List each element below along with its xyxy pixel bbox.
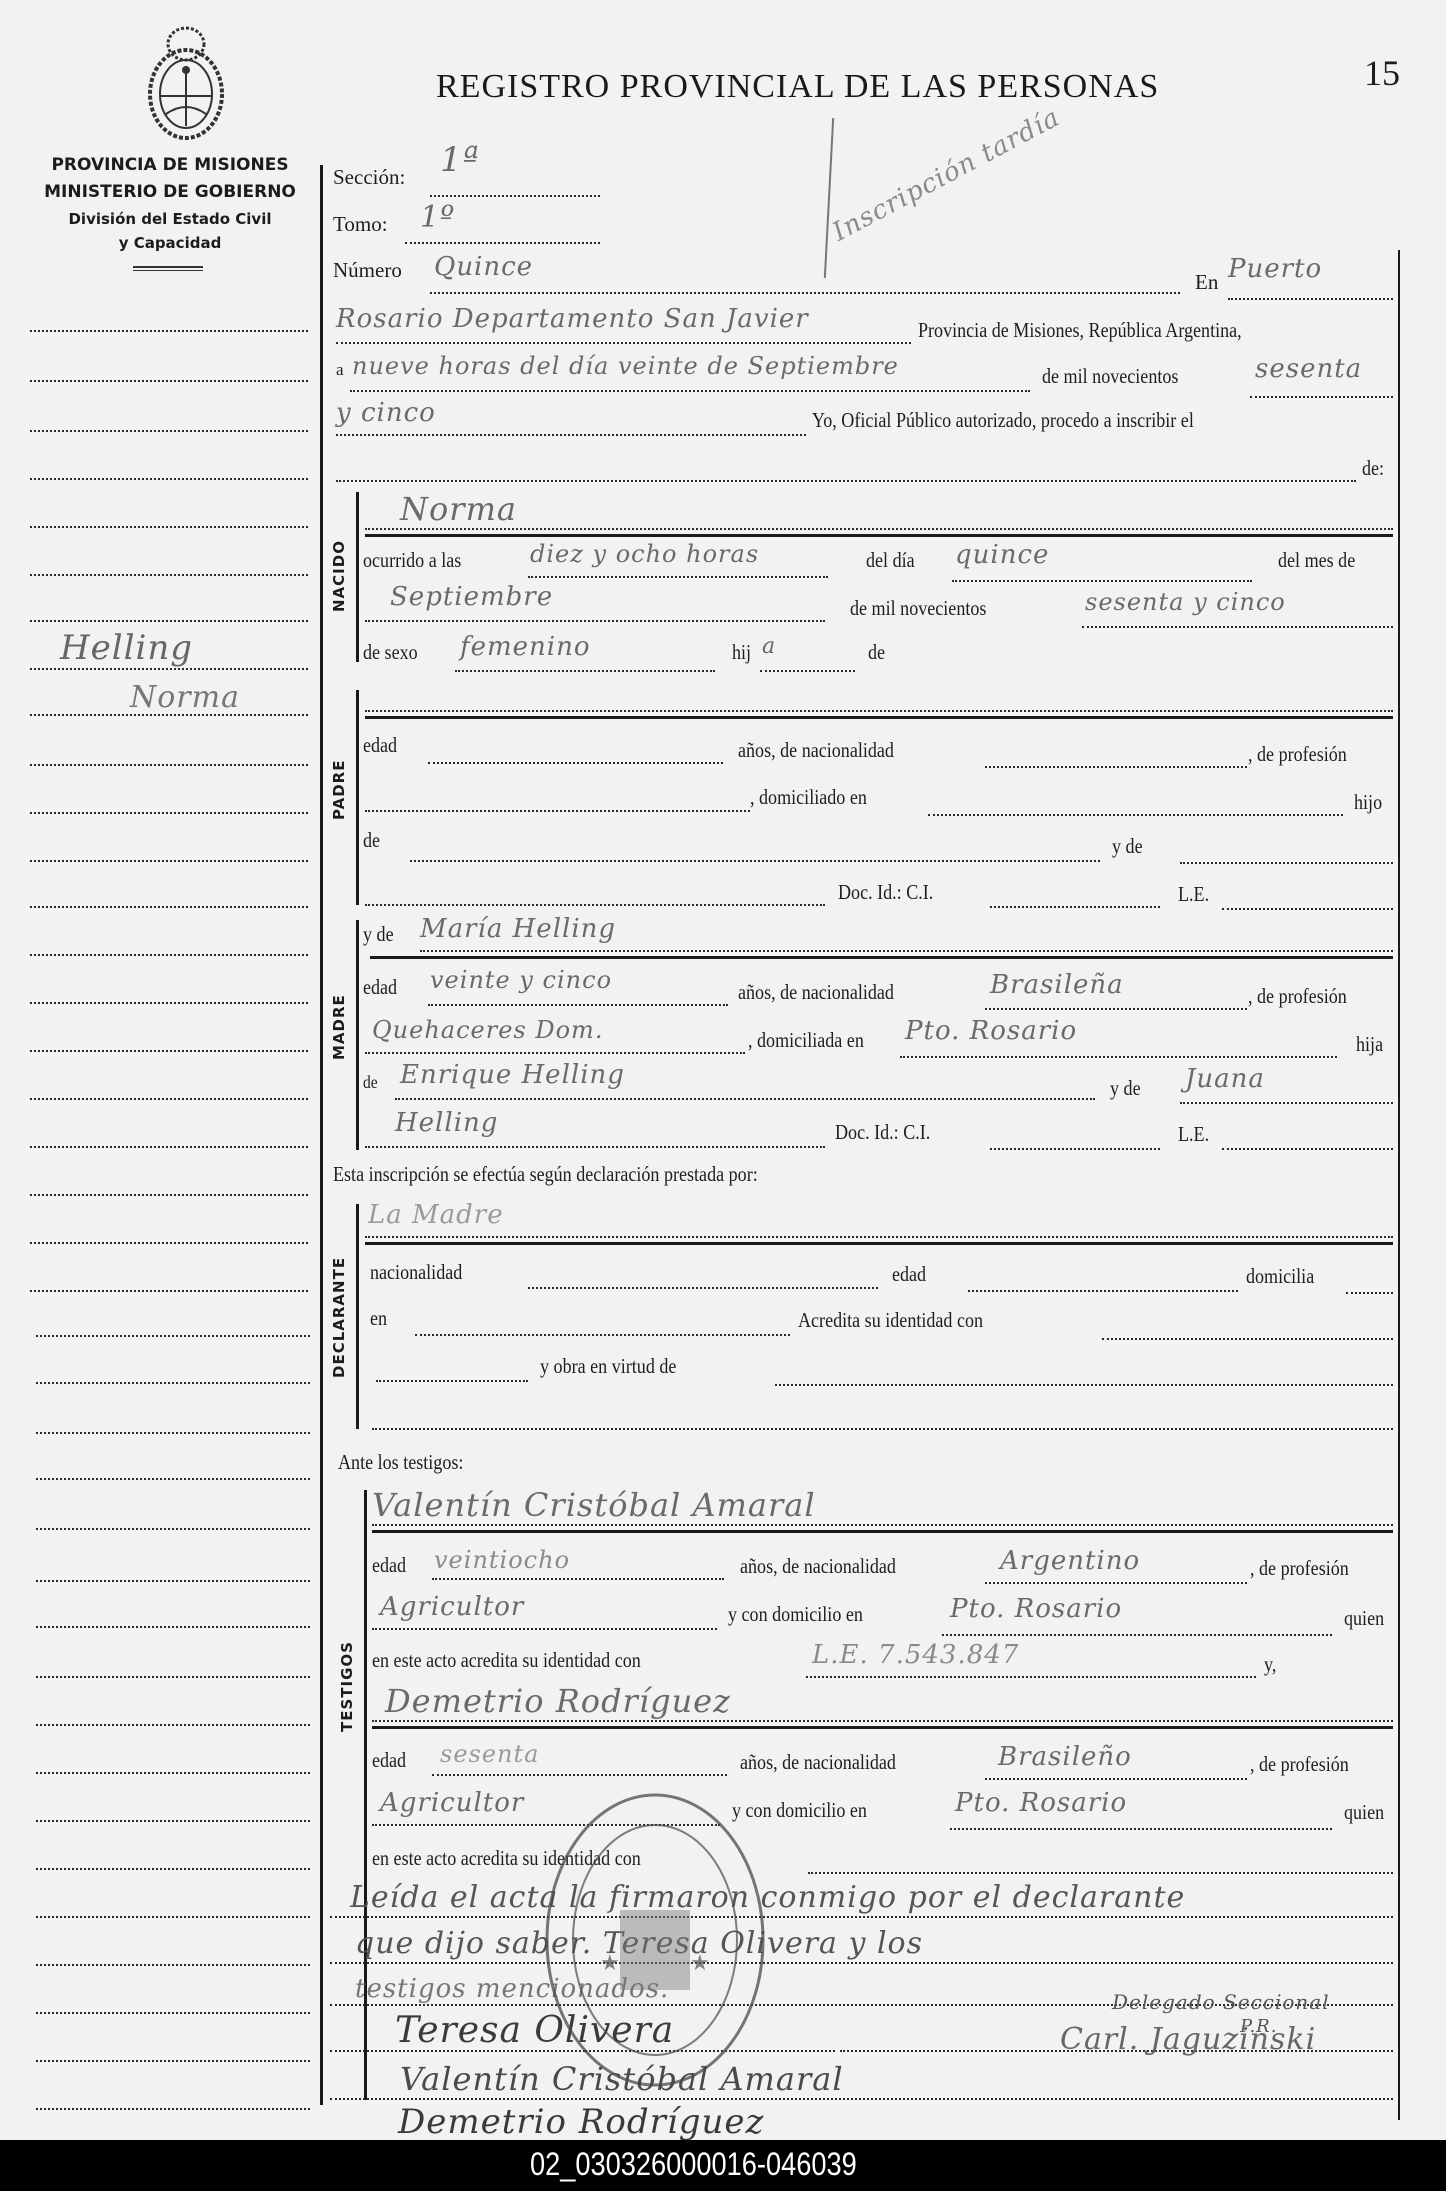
- madre-anos-label: años, de nacionalidad: [738, 980, 894, 1005]
- witness1-edad-label: edad: [372, 1553, 406, 1578]
- witness1-doc-value: L.E. 7.543.847: [812, 1640, 1019, 1670]
- hijo-label: hij: [732, 640, 751, 665]
- anio-value: sesenta y cinco: [1085, 588, 1286, 616]
- witness2-quien-label: quien: [1344, 1800, 1384, 1825]
- del-dia-label: del día: [866, 548, 915, 573]
- a-label: a: [336, 360, 344, 380]
- padre-edad-label: edad: [363, 733, 397, 758]
- padre-le-label: L.E.: [1178, 882, 1209, 907]
- signature-official: Carl. Jaguzinski: [1060, 2022, 1316, 2057]
- archive-footer: 02_030326000016-046039: [0, 2140, 1446, 2191]
- witness1-anos-label: años, de nacionalidad: [740, 1554, 896, 1579]
- declarante-en-label: en: [370, 1306, 387, 1331]
- declarante-rule: [365, 1242, 1393, 1245]
- declarante-domicilia-label: domicilia: [1246, 1264, 1314, 1289]
- witness2-rule: [372, 1726, 1393, 1729]
- stamp-seal-icon: ★ ★: [540, 1790, 770, 2090]
- witness1-nacionalidad-value: Argentino: [1000, 1546, 1140, 1576]
- witness2-edad-value: sesenta: [440, 1740, 539, 1768]
- mes-value: Septiembre: [390, 582, 553, 612]
- declarante-intro: Esta inscripción se efectúa según declar…: [333, 1162, 758, 1187]
- testigos-bracket: [364, 1490, 367, 2100]
- witness1-profesion-label: , de profesión: [1250, 1556, 1349, 1581]
- hijo-suffix: a: [762, 634, 776, 659]
- nacido-bracket: [356, 492, 359, 662]
- declarante-edad-label: edad: [892, 1262, 926, 1287]
- declarante-obra-label: y obra en virtud de: [540, 1354, 676, 1379]
- form-right-border: [1398, 250, 1400, 2120]
- tomo-value: 1º: [420, 200, 455, 235]
- division-name-2: y Capacidad: [30, 234, 310, 252]
- witness1-name-value: Valentín Cristóbal Amaral: [372, 1486, 816, 1524]
- document-page: PROVINCIA DE MISIONES MINISTERIO DE GOBI…: [0, 0, 1446, 2140]
- madre-padre-value: Enrique Helling: [400, 1060, 625, 1090]
- witness2-domicilio-value: Pto. Rosario: [955, 1788, 1127, 1818]
- official-title: Delegado Seccional: [1112, 1990, 1330, 2014]
- coat-of-arms-icon: [138, 22, 234, 142]
- sexo-label: de sexo: [363, 640, 418, 665]
- signature-demetrio: Demetrio Rodríguez: [398, 2102, 764, 2142]
- ministry-name: MINISTERIO DE GOBIERNO: [30, 182, 310, 202]
- nacido-de-label: de: [868, 640, 885, 665]
- date-value: nueve horas del día veinte de Septiembre: [352, 352, 899, 380]
- witness1-acredita-label: en este acto acredita su identidad con: [372, 1648, 641, 1673]
- page-number: 15: [1364, 52, 1400, 94]
- witness1-domicilio-label: y con domicilio en: [728, 1602, 863, 1627]
- witness2-profesion-value: Agricultor: [380, 1788, 524, 1818]
- numero-value: Quince: [434, 252, 533, 282]
- dia-value: quince: [955, 540, 1049, 570]
- witness2-name-value: Demetrio Rodríguez: [385, 1682, 731, 1720]
- en-label: En: [1195, 270, 1218, 295]
- witness2-profesion-label: , de profesión: [1250, 1752, 1349, 1777]
- madre-profesion-label: , de profesión: [1248, 984, 1347, 1009]
- de-mil-label: de mil novecientos: [850, 596, 986, 621]
- archive-id: 02_030326000016-046039: [530, 2146, 857, 2183]
- madre-rule: [370, 956, 1393, 959]
- madre-y-de-label-2: y de: [1110, 1076, 1141, 1101]
- year-value-1: sesenta: [1255, 354, 1362, 384]
- numero-label: Número: [333, 258, 402, 283]
- declarante-bracket: [356, 1204, 359, 1429]
- province-text: Provincia de Misiones, República Argenti…: [918, 318, 1242, 343]
- nacido-rule: [365, 534, 1393, 537]
- sexo-value: femenino: [460, 632, 591, 662]
- madre-domiciliada-label: , domiciliada en: [748, 1028, 864, 1053]
- madre-nacionalidad-value: Brasileña: [990, 970, 1124, 1000]
- tomo-label: Tomo:: [333, 212, 388, 237]
- madre-de-label: de: [363, 1072, 378, 1093]
- seccion-label: Sección:: [333, 165, 405, 190]
- madre-name-value: María Helling: [420, 914, 616, 944]
- hora-value: diez y ocho horas: [530, 540, 759, 568]
- form-left-border: [320, 165, 323, 2105]
- witness1-profesion-value: Agricultor: [380, 1592, 524, 1622]
- de-label: de:: [1362, 456, 1384, 481]
- year-value-2: y cinco: [336, 398, 436, 428]
- declarante-nacionalidad-label: nacionalidad: [370, 1260, 462, 1285]
- margin-note-name: Norma: [130, 680, 240, 715]
- nacido-section-label: NACIDO: [330, 540, 348, 612]
- padre-rule: [365, 716, 1393, 719]
- page-title: REGISTRO PROVINCIAL DE LAS PERSONAS: [436, 68, 1159, 106]
- witness1-edad-value: veintiocho: [434, 1546, 570, 1574]
- madre-doc-label: Doc. Id.: C.I.: [835, 1120, 930, 1145]
- witness1-y-label: y,: [1264, 1652, 1276, 1677]
- division-name: División del Estado Civil: [30, 210, 310, 228]
- padre-doc-label: Doc. Id.: C.I.: [838, 880, 933, 905]
- witness1-domicilio-value: Pto. Rosario: [950, 1594, 1122, 1624]
- witness2-edad-label: edad: [372, 1748, 406, 1773]
- en-value: Puerto: [1228, 254, 1322, 284]
- madre-domicilio-value: Pto. Rosario: [905, 1016, 1077, 1046]
- declarante-name-value: La Madre: [368, 1200, 504, 1230]
- testigos-intro: Ante los testigos:: [338, 1450, 463, 1475]
- madre-section-label: MADRE: [330, 994, 348, 1060]
- nacido-name-value: Norma: [400, 490, 517, 528]
- padre-domiciliado-label: , domiciliado en: [750, 785, 867, 810]
- madre-edad-value: veinte y cinco: [430, 966, 612, 994]
- madre-le-label: L.E.: [1178, 1122, 1209, 1147]
- margin-note-diagonal: Inscripción tardía: [828, 102, 1065, 247]
- witness1-rule: [372, 1530, 1393, 1533]
- oficial-text: Yo, Oficial Público autorizado, procedo …: [812, 408, 1194, 433]
- svg-text:★: ★: [600, 1950, 620, 1975]
- madre-profesion-value: Quehaceres Dom.: [372, 1016, 603, 1044]
- padre-profesion-label: , de profesión: [1248, 742, 1347, 767]
- padre-y-de-label: y de: [1112, 834, 1143, 859]
- annotation-stroke: [824, 118, 834, 278]
- padre-anos-label: años, de nacionalidad: [738, 738, 894, 763]
- header-underline: [133, 266, 203, 271]
- madre-hija-label: hija: [1356, 1032, 1383, 1057]
- padre-de-label: de: [363, 828, 380, 853]
- svg-text:★: ★: [690, 1950, 710, 1975]
- madre-edad-label: edad: [363, 975, 397, 1000]
- padre-section-label: PADRE: [330, 760, 348, 820]
- place-value: Rosario Departamento San Javier: [336, 304, 809, 334]
- del-mes-label: del mes de: [1278, 548, 1355, 573]
- witness2-anos-label: años, de nacionalidad: [740, 1750, 896, 1775]
- province-name: PROVINCIA DE MISIONES: [30, 155, 310, 175]
- mil-text: de mil novecientos: [1042, 364, 1178, 389]
- witness1-quien-label: quien: [1344, 1606, 1384, 1631]
- seccion-value: 1ª: [440, 140, 480, 180]
- madre-bracket: [356, 920, 359, 1150]
- madre-y-de-label: y de: [363, 922, 394, 947]
- testigos-section-label: TESTIGOS: [338, 1641, 356, 1732]
- padre-bracket: [356, 690, 359, 905]
- declarante-section-label: DECLARANTE: [330, 1257, 348, 1378]
- declarante-acredita-label: Acredita su identidad con: [798, 1308, 983, 1333]
- witness2-nacionalidad-value: Brasileño: [998, 1742, 1132, 1772]
- ocurrido-label: ocurrido a las: [363, 548, 461, 573]
- margin-note-surname: Helling: [60, 628, 193, 668]
- madre-madre-value-2: Helling: [395, 1108, 498, 1138]
- padre-hijo-label: hijo: [1354, 790, 1382, 815]
- madre-madre-value-1: Juana: [1185, 1064, 1265, 1094]
